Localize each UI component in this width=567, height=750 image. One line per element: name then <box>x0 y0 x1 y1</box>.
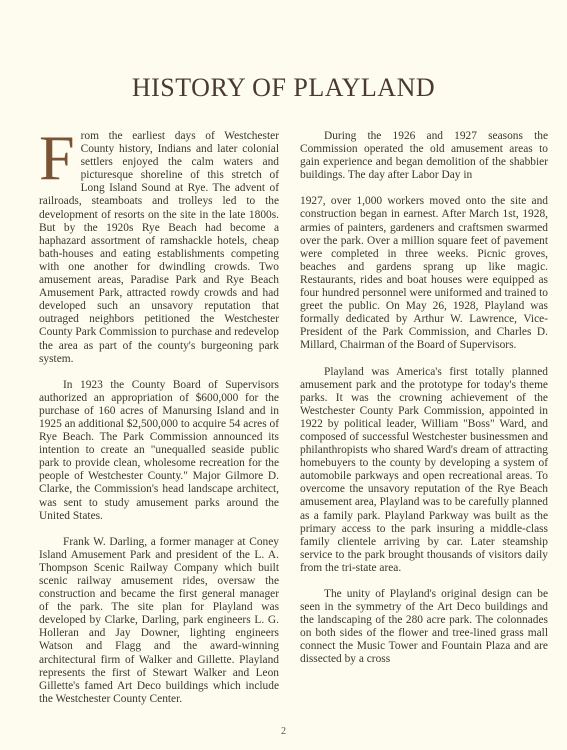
paragraph-text: rom the earliest days of Westchester Cou… <box>39 130 279 365</box>
right-column: During the 1926 and 1927 seasons the Com… <box>300 130 548 680</box>
drop-cap: F <box>39 132 75 184</box>
left-column: From the earliest days of Westchester Co… <box>39 130 279 719</box>
paragraph-intro: From the earliest days of Westchester Co… <box>39 130 279 366</box>
paragraph-unity-of-design: The unity of Playland's original design … <box>300 588 548 667</box>
page-number: 2 <box>0 726 567 737</box>
paragraph-frank-darling: Frank W. Darling, a former manager at Co… <box>39 536 279 706</box>
paragraph-1927-construction: 1927, over 1,000 workers moved onto the … <box>300 195 548 352</box>
paragraph-1923-appropriation: In 1923 the County Board of Supervisors … <box>39 379 279 523</box>
page-title: HISTORY OF PLAYLAND <box>0 73 567 103</box>
paragraph-1926-seasons: During the 1926 and 1927 seasons the Com… <box>300 130 548 182</box>
paragraph-first-planned-park: Playland was America's first totally pla… <box>300 366 548 576</box>
